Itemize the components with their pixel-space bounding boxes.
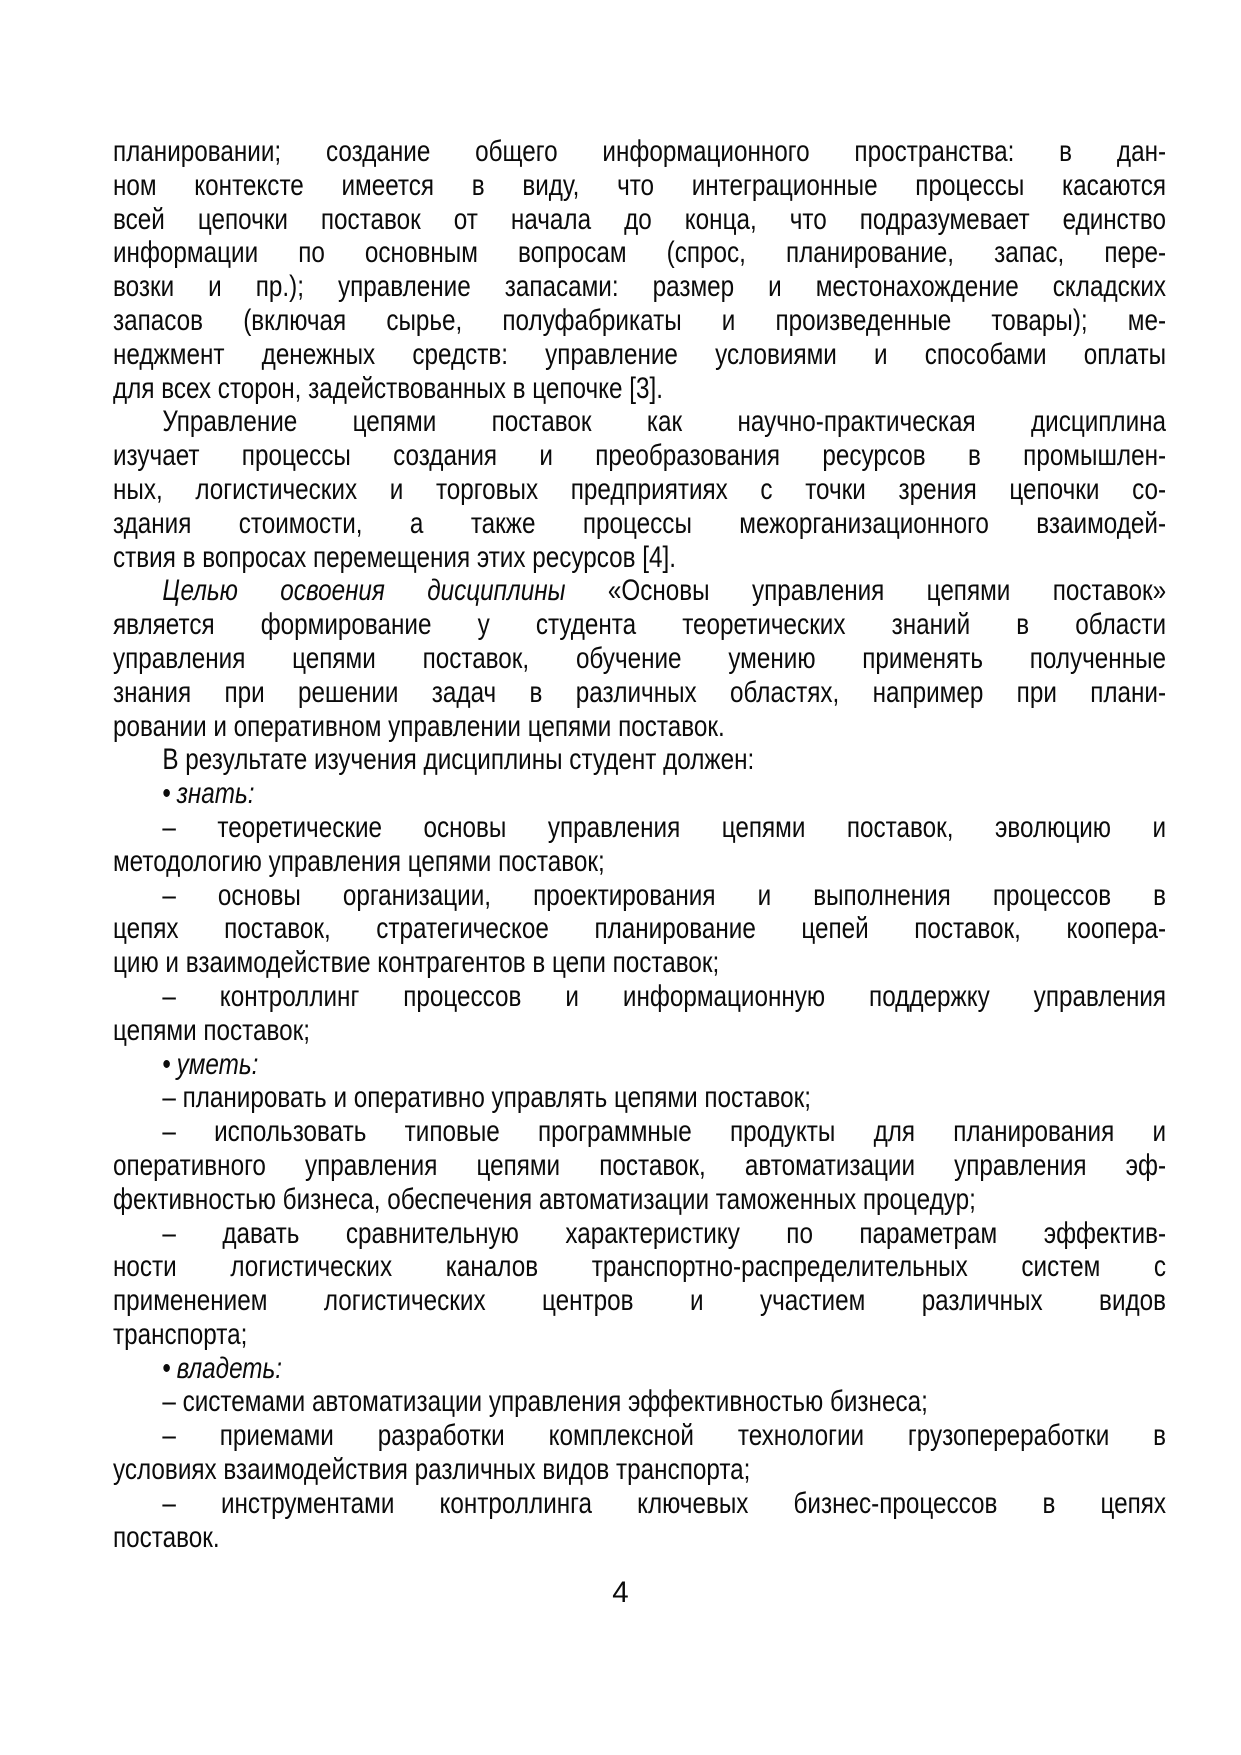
text-line: применением логистических центров и учас… bbox=[113, 1284, 1166, 1318]
text-line: – системами автоматизации управления эфф… bbox=[113, 1385, 1166, 1419]
italic-text-run: Целью освоения дисциплины bbox=[162, 574, 565, 607]
text-line: ности логистических каналов транспортно-… bbox=[113, 1250, 1166, 1284]
text-line: методологию управления цепями поставок; bbox=[113, 845, 1166, 879]
text-run: планировании; создание общего информацио… bbox=[113, 135, 1166, 168]
text-line: планировании; создание общего информацио… bbox=[113, 135, 1166, 169]
text-line: •уметь: bbox=[113, 1048, 1166, 1082]
text-line: ствия в вопросах перемещения этих ресурс… bbox=[113, 541, 1166, 575]
text-run: – контроллинг процессов и информационную… bbox=[162, 980, 1166, 1013]
text-line: управления цепями поставок, обучение уме… bbox=[113, 642, 1166, 676]
text-line: – инструментами контроллинга ключевых би… bbox=[113, 1487, 1166, 1521]
paragraph: – давать сравнительную характеристику по… bbox=[113, 1217, 1166, 1352]
paragraph: Управление цепями поставок как научно-пр… bbox=[113, 405, 1166, 574]
text-line: •знать: bbox=[113, 777, 1166, 811]
text-line: – основы организации, проектирования и в… bbox=[113, 879, 1166, 913]
text-run: информации по основным вопросам (спрос, … bbox=[113, 236, 1166, 269]
text-run: условиях взаимодействия различных видов … bbox=[113, 1453, 750, 1486]
text-run: фективностью бизнеса, обеспечения автома… bbox=[113, 1183, 976, 1216]
text-run: знания при решении задач в различных обл… bbox=[113, 676, 1166, 709]
text-line: фективностью бизнеса, обеспечения автома… bbox=[113, 1183, 1166, 1217]
bullet-icon: • bbox=[162, 1352, 170, 1385]
text-line: – планировать и оперативно управлять цеп… bbox=[113, 1081, 1166, 1115]
paragraph: – инструментами контроллинга ключевых би… bbox=[113, 1487, 1166, 1555]
bullet-icon: • bbox=[162, 777, 170, 810]
text-run: – приемами разработки комплексной технол… bbox=[162, 1419, 1166, 1452]
paragraph: В результате изучения дисциплины студент… bbox=[113, 743, 1166, 777]
text-run: запасов (включая сырье, полуфабрикаты и … bbox=[113, 304, 1166, 337]
text-run: цепях поставок, стратегическое планирова… bbox=[113, 912, 1166, 945]
text-run: – инструментами контроллинга ключевых би… bbox=[162, 1487, 1166, 1520]
text-line: ровании и оперативном управлении цепями … bbox=[113, 710, 1166, 744]
bullet-item: •уметь: bbox=[113, 1048, 1166, 1082]
text-line: ном контексте имеется в виду, что интегр… bbox=[113, 169, 1166, 203]
text-line: изучает процессы создания и преобразован… bbox=[113, 439, 1166, 473]
text-line: транспорта; bbox=[113, 1318, 1166, 1352]
bullet-label: владеть: bbox=[177, 1352, 282, 1385]
text-line: Целью освоения дисциплины «Основы управл… bbox=[113, 574, 1166, 608]
text-run: В результате изучения дисциплины студент… bbox=[162, 743, 754, 776]
text-line: – контроллинг процессов и информационную… bbox=[113, 980, 1166, 1014]
text-run: ствия в вопросах перемещения этих ресурс… bbox=[113, 541, 676, 574]
text-line: запасов (включая сырье, полуфабрикаты и … bbox=[113, 304, 1166, 338]
text-line: поставок. bbox=[113, 1521, 1166, 1555]
paragraph: планировании; создание общего информацио… bbox=[113, 135, 1166, 405]
text-block: планировании; создание общего информацио… bbox=[113, 135, 1166, 1554]
text-line: неджмент денежных средств: управление ус… bbox=[113, 338, 1166, 372]
bullet-label: знать: bbox=[177, 777, 255, 810]
text-line: возки и пр.); управление запасами: разме… bbox=[113, 270, 1166, 304]
text-line: информации по основным вопросам (спрос, … bbox=[113, 236, 1166, 270]
paragraph: – системами автоматизации управления эфф… bbox=[113, 1385, 1166, 1419]
text-run: ных, логистических и торговых предприяти… bbox=[113, 473, 1166, 506]
text-run: – использовать типовые программные проду… bbox=[162, 1115, 1166, 1148]
text-run: «Основы управления цепями поставок» bbox=[565, 574, 1166, 607]
text-line: здания стоимости, а также процессы межор… bbox=[113, 507, 1166, 541]
text-run: оперативного управления цепями поставок,… bbox=[113, 1149, 1166, 1182]
text-run: цию и взаимодействие контрагентов в цепи… bbox=[113, 946, 719, 979]
text-line: условиях взаимодействия различных видов … bbox=[113, 1453, 1166, 1487]
text-run: транспорта; bbox=[113, 1318, 247, 1351]
text-line: В результате изучения дисциплины студент… bbox=[113, 743, 1166, 777]
text-line: – использовать типовые программные проду… bbox=[113, 1115, 1166, 1149]
text-run: для всех сторон, задействованных в цепоч… bbox=[113, 372, 663, 405]
text-run: поставок. bbox=[113, 1521, 220, 1554]
text-line: Управление цепями поставок как научно-пр… bbox=[113, 405, 1166, 439]
bullet-item: •знать: bbox=[113, 777, 1166, 811]
text-run: – системами автоматизации управления эфф… bbox=[162, 1385, 927, 1418]
text-run: здания стоимости, а также процессы межор… bbox=[113, 507, 1166, 540]
paragraph: – использовать типовые программные проду… bbox=[113, 1115, 1166, 1216]
text-run: всей цепочки поставок от начала до конца… bbox=[113, 203, 1166, 236]
paragraph: – планировать и оперативно управлять цеп… bbox=[113, 1081, 1166, 1115]
text-line: •владеть: bbox=[113, 1352, 1166, 1386]
text-run: – планировать и оперативно управлять цеп… bbox=[162, 1081, 811, 1114]
text-line: цию и взаимодействие контрагентов в цепи… bbox=[113, 946, 1166, 980]
paragraph: – приемами разработки комплексной технол… bbox=[113, 1419, 1166, 1487]
text-line: – давать сравнительную характеристику по… bbox=[113, 1217, 1166, 1251]
text-run: ности логистических каналов транспортно-… bbox=[113, 1250, 1166, 1283]
document-page: планировании; создание общего информацио… bbox=[0, 0, 1241, 1755]
text-line: оперативного управления цепями поставок,… bbox=[113, 1149, 1166, 1183]
text-line: всей цепочки поставок от начала до конца… bbox=[113, 203, 1166, 237]
paragraph: Целью освоения дисциплины «Основы управл… bbox=[113, 574, 1166, 743]
text-run: ном контексте имеется в виду, что интегр… bbox=[113, 169, 1166, 202]
bullet-label: уметь: bbox=[177, 1048, 259, 1081]
text-run: применением логистических центров и учас… bbox=[113, 1284, 1166, 1317]
text-line: – приемами разработки комплексной технол… bbox=[113, 1419, 1166, 1453]
bullet-icon: • bbox=[162, 1048, 170, 1081]
text-run: является формирование у студента теорети… bbox=[113, 608, 1166, 641]
text-line: является формирование у студента теорети… bbox=[113, 608, 1166, 642]
text-run: – теоретические основы управления цепями… bbox=[162, 811, 1166, 844]
text-line: цепями поставок; bbox=[113, 1014, 1166, 1048]
text-line: ных, логистических и торговых предприяти… bbox=[113, 473, 1166, 507]
text-run: методологию управления цепями поставок; bbox=[113, 845, 605, 878]
text-run: управления цепями поставок, обучение уме… bbox=[113, 642, 1166, 675]
paragraph: – контроллинг процессов и информационную… bbox=[113, 980, 1166, 1048]
text-line: – теоретические основы управления цепями… bbox=[113, 811, 1166, 845]
page-number: 4 bbox=[0, 1576, 1241, 1610]
text-line: знания при решении задач в различных обл… bbox=[113, 676, 1166, 710]
paragraph: – теоретические основы управления цепями… bbox=[113, 811, 1166, 879]
text-run: возки и пр.); управление запасами: разме… bbox=[113, 270, 1166, 303]
text-run: – основы организации, проектирования и в… bbox=[162, 879, 1166, 912]
text-run: изучает процессы создания и преобразован… bbox=[113, 439, 1166, 472]
text-line: для всех сторон, задействованных в цепоч… bbox=[113, 372, 1166, 406]
text-line: цепях поставок, стратегическое планирова… bbox=[113, 912, 1166, 946]
text-run: цепями поставок; bbox=[113, 1014, 310, 1047]
paragraph: – основы организации, проектирования и в… bbox=[113, 879, 1166, 980]
text-run: – давать сравнительную характеристику по… bbox=[162, 1217, 1166, 1250]
text-run: ровании и оперативном управлении цепями … bbox=[113, 710, 725, 743]
text-run: неджмент денежных средств: управление ус… bbox=[113, 338, 1166, 371]
bullet-item: •владеть: bbox=[113, 1352, 1166, 1386]
text-run: Управление цепями поставок как научно-пр… bbox=[162, 405, 1166, 438]
